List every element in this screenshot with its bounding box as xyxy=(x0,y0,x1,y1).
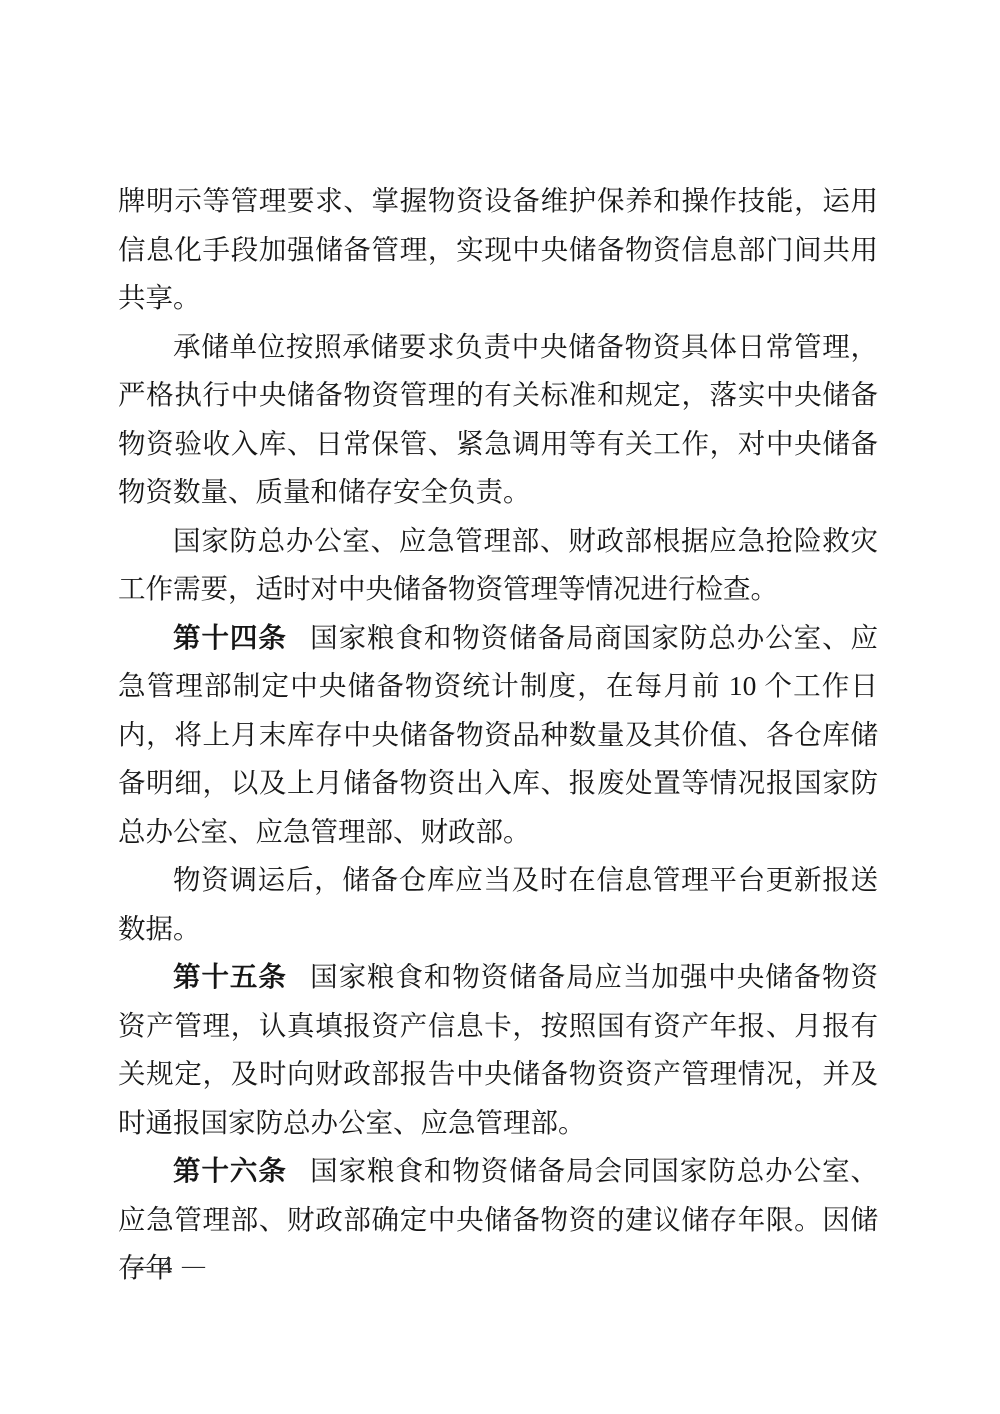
paragraph: 承储单位按照承储要求负责中央储备物资具体日常管理，严格执行中央储备物资管理的有关… xyxy=(118,323,878,517)
document-page: 牌明示等管理要求、掌握物资设备维护保养和操作技能，运用信息化手段加强储备管理，实… xyxy=(0,0,1000,1414)
paragraph: 国家防总办公室、应急管理部、财政部根据应急抢险救灾工作需要，适时对中央储备物资管… xyxy=(118,517,878,614)
paragraph: 第十六条国家粮食和物资储备局会同国家防总办公室、应急管理部、财政部确定中央储备物… xyxy=(118,1147,878,1293)
page-number: — 4 — xyxy=(128,1251,207,1281)
paragraph: 第十五条国家粮食和物资储备局应当加强中央储备物资资产管理，认真填报资产信息卡，按… xyxy=(118,953,878,1147)
article-number: 第十五条 xyxy=(173,961,287,992)
paragraph-text: 国家粮食和物资储备局商国家防总办公室、应急管理部制定中央储备物资统计制度，在每月… xyxy=(118,622,878,847)
article-number: 第十六条 xyxy=(173,1155,287,1186)
paragraph-text: 承储单位按照承储要求负责中央储备物资具体日常管理，严格执行中央储备物资管理的有关… xyxy=(118,331,878,508)
paragraph-text: 牌明示等管理要求、掌握物资设备维护保养和操作技能，运用信息化手段加强储备管理，实… xyxy=(118,185,878,313)
document-body: 牌明示等管理要求、掌握物资设备维护保养和操作技能，运用信息化手段加强储备管理，实… xyxy=(118,177,878,1293)
article-number: 第十四条 xyxy=(173,622,287,653)
paragraph-text: 物资调运后，储备仓库应当及时在信息管理平台更新报送数据。 xyxy=(118,864,878,944)
paragraph: 第十四条国家粮食和物资储备局商国家防总办公室、应急管理部制定中央储备物资统计制度… xyxy=(118,614,878,857)
paragraph: 物资调运后，储备仓库应当及时在信息管理平台更新报送数据。 xyxy=(118,856,878,953)
paragraph-text: 国家防总办公室、应急管理部、财政部根据应急抢险救灾工作需要，适时对中央储备物资管… xyxy=(118,525,878,605)
paragraph: 牌明示等管理要求、掌握物资设备维护保养和操作技能，运用信息化手段加强储备管理，实… xyxy=(118,177,878,323)
